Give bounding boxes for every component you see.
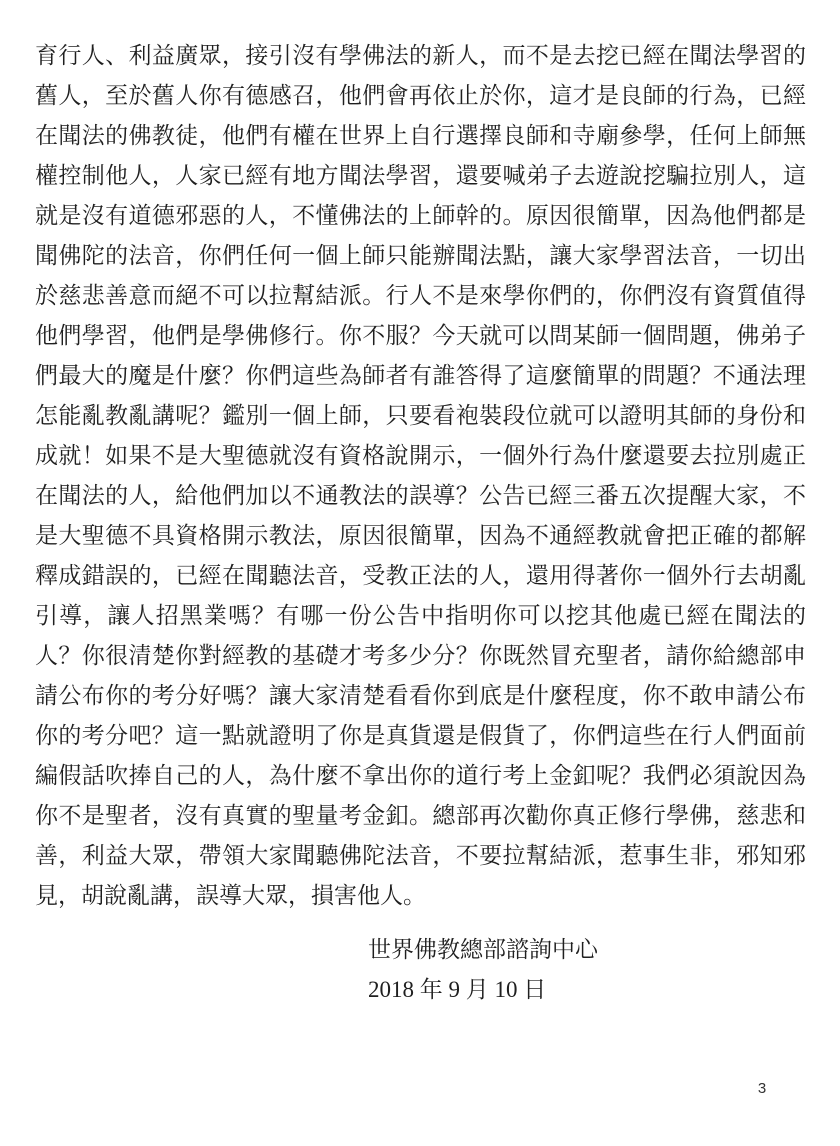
- body-text-line: 們最大的魔是什麼？你們這些為師者有誰答得了這麼簡單的問題？不通法理: [35, 356, 806, 396]
- body-text-line: 見，胡說亂講，誤導大眾，損害他人。: [35, 876, 806, 916]
- signature-date: 2018 年 9 月 10 日: [368, 970, 598, 1010]
- body-text: 育行人、利益廣眾，接引沒有學佛法的新人，而不是去挖已經在聞法學習的 舊人，至於舊…: [35, 36, 806, 916]
- body-text-line: 怎能亂教亂講呢？鑑別一個上師，只要看袍裝段位就可以證明其師的身份和: [35, 396, 806, 436]
- body-text-line: 編假話吹捧自己的人，為什麼不拿出你的道行考上金釦呢？我們必須說因為: [35, 756, 806, 796]
- page-number: 3: [750, 1080, 774, 1097]
- signature-org: 世界佛教總部諮詢中心: [368, 930, 598, 970]
- signature-block: 世界佛教總部諮詢中心 2018 年 9 月 10 日: [368, 930, 598, 1010]
- body-text-line: 釋成錯誤的，已經在聞聽法音，受教正法的人，還用得著你一個外行去胡亂: [35, 556, 806, 596]
- body-text-line: 引導，讓人招黑業嗎？有哪一份公告中指明你可以挖其他處已經在聞法的: [35, 596, 806, 636]
- body-text-line: 在聞法的佛教徒，他們有權在世界上自行選擇良師和寺廟參學，任何上師無: [35, 116, 806, 156]
- body-text-line: 權控制他人，人家已經有地方聞法學習，還要喊弟子去遊說挖騙拉別人，這: [35, 156, 806, 196]
- body-text-line: 育行人、利益廣眾，接引沒有學佛法的新人，而不是去挖已經在聞法學習的: [35, 36, 806, 76]
- body-text-line: 他們學習，他們是學佛修行。你不服？今天就可以問某師一個問題，佛弟子: [35, 316, 806, 356]
- document-page: 育行人、利益廣眾，接引沒有學佛法的新人，而不是去挖已經在聞法學習的 舊人，至於舊…: [0, 0, 840, 1146]
- body-text-line: 在聞法的人，給他們加以不通教法的誤導？公告已經三番五次提醒大家，不: [35, 476, 806, 516]
- body-text-line: 請公布你的考分好嗎？讓大家清楚看看你到底是什麼程度，你不敢申請公布: [35, 676, 806, 716]
- body-text-line: 於慈悲善意而絕不可以拉幫結派。行人不是來學你們的，你們沒有資質值得: [35, 276, 806, 316]
- body-text-line: 你的考分吧？這一點就證明了你是真貨還是假貨了，你們這些在行人們面前: [35, 716, 806, 756]
- body-text-line: 是大聖德不具資格開示教法，原因很簡單，因為不通經教就會把正確的都解: [35, 516, 806, 556]
- body-text-line: 成就！如果不是大聖德就沒有資格說開示，一個外行為什麼還要去拉別處正: [35, 436, 806, 476]
- body-text-line: 就是沒有道德邪惡的人，不懂佛法的上師幹的。原因很簡單，因為他們都是: [35, 196, 806, 236]
- body-text-line: 人？你很清楚你對經教的基礎才考多少分？你既然冒充聖者，請你給總部申: [35, 636, 806, 676]
- body-text-line: 聞佛陀的法音，你們任何一個上師只能辦聞法點，讓大家學習法音，一切出: [35, 236, 806, 276]
- body-text-line: 舊人，至於舊人你有德感召，他們會再依止於你，這才是良師的行為，已經: [35, 76, 806, 116]
- body-text-line: 你不是聖者，沒有真實的聖量考金釦。總部再次勸你真正修行學佛，慈悲和: [35, 796, 806, 836]
- body-text-line: 善，利益大眾，帶領大家聞聽佛陀法音，不要拉幫結派，惹事生非，邪知邪: [35, 836, 806, 876]
